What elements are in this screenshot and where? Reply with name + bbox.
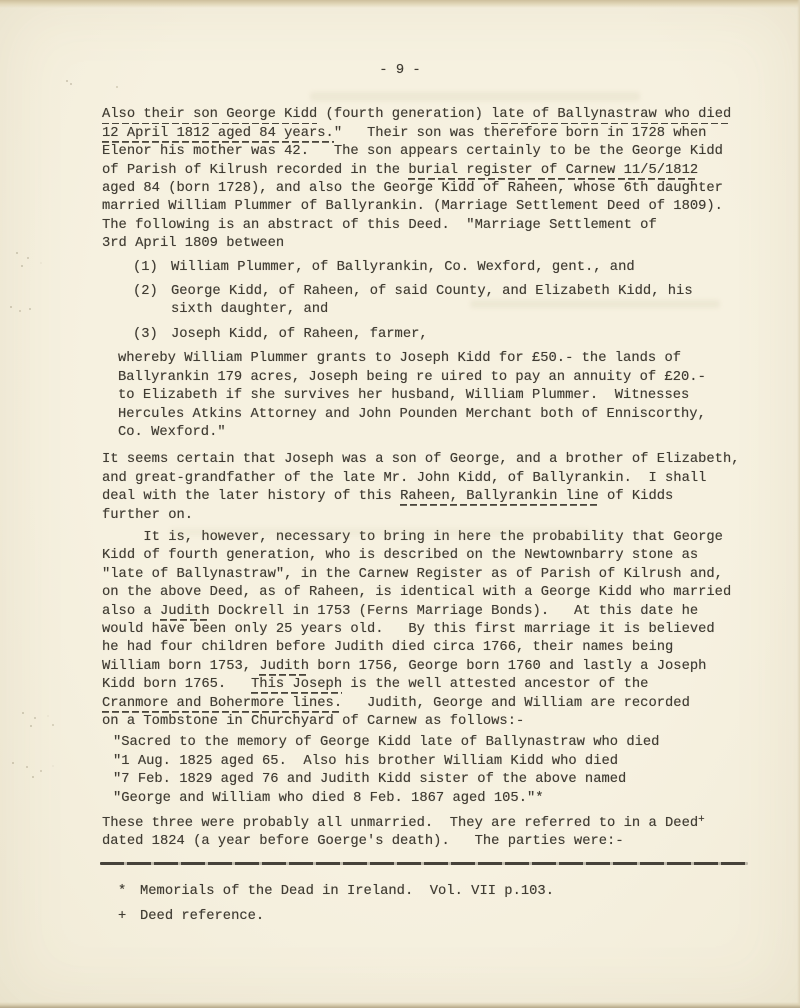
text-line: aged 84 (born 1728), and also the George… xyxy=(102,180,800,198)
text-segment: " Their son was therefore born in 1728 w… xyxy=(334,126,707,141)
text-line: he had four children before Judith died … xyxy=(102,639,800,657)
text-line: also a Judith Dockrell in 1753 (Ferns Ma… xyxy=(102,603,800,621)
text-line: "1 Aug. 1825 aged 65. Also his brother W… xyxy=(113,753,800,771)
text-line: George Kidd, of Raheen, of said County, … xyxy=(171,283,693,301)
footnote-deed-reference: + Deed reference. xyxy=(118,908,800,926)
text-line: 3rd April 1809 between xyxy=(102,235,800,253)
text-segment: also a xyxy=(102,604,160,619)
footnote-memorials: * Memorials of the Dead in Ireland. Vol.… xyxy=(118,883,800,901)
footnote-text: Deed reference. xyxy=(140,908,264,926)
footnotes: * Memorials of the Dead in Ireland. Vol.… xyxy=(0,883,800,926)
text-line: 12 April 1812 aged 84 years." Their son … xyxy=(102,125,800,143)
text-segment: deal with the later history of this xyxy=(102,489,400,504)
tombstone-inscription: "Sacred to the memory of George Kidd lat… xyxy=(0,734,800,808)
underlined-text: This Joseph xyxy=(251,677,342,694)
text-line: These three were probably all unmarried.… xyxy=(102,815,800,833)
underlined-text: 12 April 1812 aged 84 years. xyxy=(102,126,334,143)
pencil-speck xyxy=(16,252,18,254)
text-segment: Kidd born 1765. xyxy=(102,677,251,692)
text-line: Cranmore and Bohermore lines. Judith, Ge… xyxy=(102,695,800,713)
text-line: and great-grandfather of the late Mr. Jo… xyxy=(102,470,800,488)
text-segment: of Kidds xyxy=(599,489,674,504)
underlined-text: late of Ballynastraw who died xyxy=(491,107,731,124)
text-line: William born 1753, Judith born 1756, Geo… xyxy=(102,658,800,676)
text-line: Kidd born 1765. This Joseph is the well … xyxy=(102,676,800,694)
footnote-marker: * xyxy=(118,883,140,901)
text-segment: is the well attested ancestor of the xyxy=(342,677,648,692)
text-line: further on. xyxy=(102,507,800,525)
paragraph-opening: Also their son George Kidd (fourth gener… xyxy=(0,106,800,253)
text-line: to Elizabeth if she survives her husband… xyxy=(118,387,800,405)
list-item-text: Joseph Kidd, of Raheen, farmer, xyxy=(171,326,428,344)
paragraph-george-probability: It is, however, necessary to bring in he… xyxy=(0,529,800,731)
text-segment: (fourth generation) xyxy=(317,107,491,122)
underlined-text: Cranmore and Bohermore lines. xyxy=(102,696,342,713)
list-item: (1) William Plummer, of Ballyrankin, Co.… xyxy=(133,259,800,277)
list-item-number: (3) xyxy=(133,326,171,344)
footnote-marker: + xyxy=(118,908,140,926)
text-line: The following is an abstract of this Dee… xyxy=(102,217,800,235)
pencil-speck xyxy=(12,762,14,764)
pencil-speck xyxy=(10,306,12,308)
text-line: on the above Deed, as of Raheen, is iden… xyxy=(102,584,800,602)
ghost-text xyxy=(470,300,720,308)
text-line: would have been only 25 years old. By th… xyxy=(102,621,800,639)
list-item-text: William Plummer, of Ballyrankin, Co. Wex… xyxy=(171,259,635,277)
text-line: Co. Wexford." xyxy=(118,424,800,442)
text-line: Ballyrankin 179 acres, Joseph being re u… xyxy=(118,369,800,387)
footnote-text: Memorials of the Dead in Ireland. Vol. V… xyxy=(140,883,554,901)
text-line: of Parish of Kilrush recorded in the bur… xyxy=(102,162,800,180)
ghost-text xyxy=(170,528,590,536)
list-item-number: (2) xyxy=(133,283,171,320)
text-line: dated 1824 (a year before Goerge's death… xyxy=(102,833,800,851)
underlined-text: Also their son George Kidd xyxy=(102,107,317,124)
list-item: (3) Joseph Kidd, of Raheen, farmer, xyxy=(133,326,800,344)
underlined-text: burial register of Carnew 11/5/1812 xyxy=(408,163,698,180)
underlined-text: Judith xyxy=(259,659,309,676)
text-line: William Plummer, of Ballyrankin, Co. Wex… xyxy=(171,260,635,275)
text-segment: Judith, George and William are recorded xyxy=(342,696,690,711)
text-line: married William Plummer of Ballyrankin. … xyxy=(102,198,800,216)
text-segment: William born 1753, xyxy=(102,659,259,674)
text-segment: born 1756, George born 1760 and lastly a… xyxy=(309,659,706,674)
text-line: Elenor his mother was 42. The son appear… xyxy=(102,143,800,161)
text-line: "late of Ballynastraw", in the Carnew Re… xyxy=(102,566,800,584)
text-line: It seems certain that Joseph was a son o… xyxy=(102,451,800,469)
page-number: - 9 - xyxy=(0,62,800,80)
underlined-text: Judith xyxy=(160,604,210,621)
paragraph-deed-abstract: whereby William Plummer grants to Joseph… xyxy=(0,350,800,442)
list-item-number: (1) xyxy=(133,259,171,277)
text-line: "Sacred to the memory of George Kidd lat… xyxy=(113,734,800,752)
text-segment: These three were probably all unmarried.… xyxy=(102,816,698,831)
footnote-rule xyxy=(100,862,748,865)
text-segment: Dockrell in 1753 (Ferns Marriage Bonds).… xyxy=(210,604,699,619)
document-page: - 9 - Also their son George Kidd (fourth… xyxy=(0,0,800,1008)
scan-edge-top xyxy=(0,0,800,8)
text-line: on a Tombstone in Churchyard of Carnew a… xyxy=(102,713,800,731)
text-line: Hercules Atkins Attorney and John Pounde… xyxy=(118,406,800,424)
text-line: Joseph Kidd, of Raheen, farmer, xyxy=(171,327,428,342)
paragraph-joseph-connection: It seems certain that Joseph was a son o… xyxy=(0,451,800,525)
text-line: Also their son George Kidd (fourth gener… xyxy=(102,106,800,124)
text-line: deal with the later history of this Rahe… xyxy=(102,488,800,506)
ghost-text xyxy=(310,92,640,101)
text-segment: of Parish of Kilrush recorded in the xyxy=(102,163,408,178)
underlined-text: Raheen, Ballyrankin line xyxy=(400,489,599,506)
deed-reference-mark: + xyxy=(698,814,705,826)
text-line: "7 Feb. 1829 aged 76 and Judith Kidd sis… xyxy=(113,771,800,789)
paragraph-deed-1824: These three were probably all unmarried.… xyxy=(0,815,800,852)
pencil-speck xyxy=(22,712,24,714)
scan-edge-bottom xyxy=(0,1002,800,1008)
text-line: Kidd of fourth generation, who is descri… xyxy=(102,547,800,565)
pencil-speck xyxy=(66,80,68,82)
text-line: "George and William who died 8 Feb. 1867… xyxy=(113,790,800,808)
text-line: whereby William Plummer grants to Joseph… xyxy=(118,350,800,368)
